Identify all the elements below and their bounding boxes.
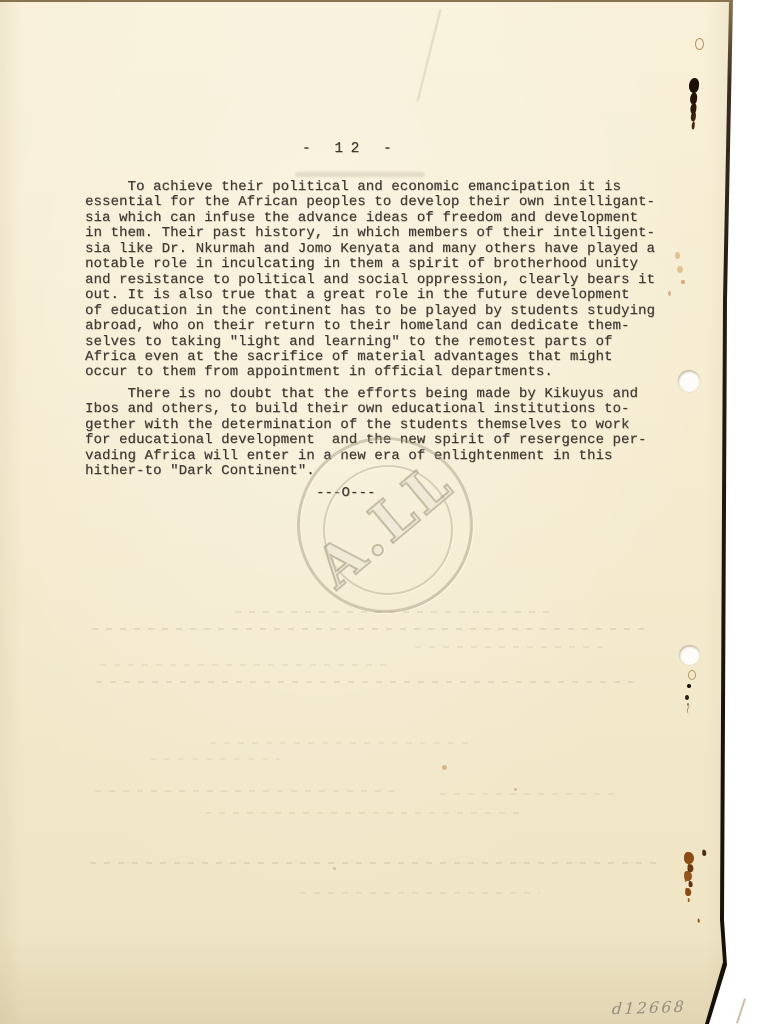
binder-speck: [688, 670, 696, 680]
scanned-document-screenshot: - 12 - To achieve their political and ec…: [0, 0, 758, 1024]
page-number: - 12 -: [302, 142, 399, 157]
ink-blot: [688, 78, 699, 94]
foxing-speck: [677, 266, 683, 273]
handwritten-catalog-number: d12668: [611, 998, 686, 1019]
paper-speck: [333, 867, 336, 870]
show-through-line: [100, 664, 390, 666]
rust-stain: [684, 852, 695, 865]
show-through-line: [90, 862, 660, 864]
binder-speck: [685, 695, 689, 700]
show-through-line: [210, 742, 470, 744]
punch-hole-top: [678, 370, 700, 392]
paper-speck: [442, 765, 447, 770]
show-through-line: [415, 646, 605, 648]
punch-hole-bottom: [679, 645, 700, 665]
foxing-speck: [681, 280, 685, 284]
binder-speck: [686, 705, 694, 714]
show-through-line: [205, 812, 525, 814]
binder-speck: [687, 684, 691, 688]
show-through-line: [95, 790, 395, 792]
show-through-line: [150, 758, 280, 760]
show-through-line: [300, 892, 540, 894]
ink-smudge: [295, 172, 425, 177]
foxing-speck: [668, 291, 671, 296]
page-sheet: - 12 - To achieve their political and ec…: [0, 0, 758, 1024]
show-through-line: [96, 681, 641, 683]
show-through-line: [235, 611, 555, 613]
pencil-slash-mark: [736, 998, 746, 1023]
foxing-speck: [675, 252, 680, 259]
paragraph-1: To achieve their political and economic …: [85, 180, 655, 381]
paper-speck: [514, 788, 517, 791]
embossed-seal-stamp: A.LL: [297, 437, 473, 613]
paper-crease: [417, 9, 442, 102]
show-through-line: [92, 628, 647, 630]
show-through-line: [440, 793, 620, 795]
ring-stain: [695, 38, 704, 50]
